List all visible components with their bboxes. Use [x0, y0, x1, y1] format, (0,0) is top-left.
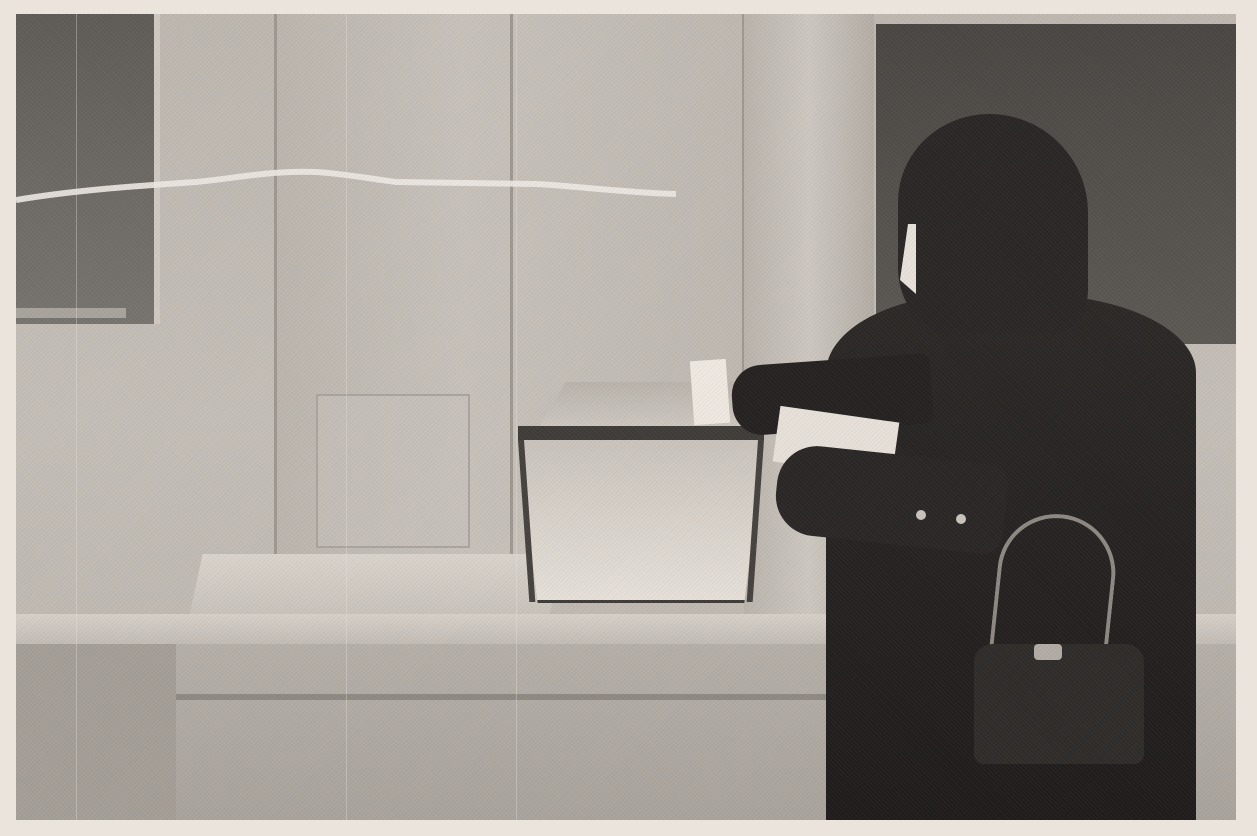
photo-border: [0, 0, 1257, 836]
handbag: [974, 644, 1144, 764]
crease-scratch: [16, 164, 696, 204]
scratch-line: [76, 14, 77, 820]
coat-button: [916, 510, 926, 520]
door-center-seam: [510, 14, 513, 559]
ballot-box-glass: [518, 440, 764, 603]
handbag-clasp: [1034, 644, 1062, 660]
door-frame-left: [274, 14, 277, 559]
ballot-paper: [690, 359, 730, 425]
woman-headscarf: [898, 114, 1088, 334]
door-panel: [316, 394, 470, 548]
photograph: [16, 14, 1236, 820]
left-window-sill: [16, 308, 126, 318]
papers-on-table: [189, 554, 562, 616]
scratch-line: [346, 14, 347, 820]
table-leg: [16, 644, 176, 820]
coat-button: [956, 514, 966, 524]
ballot-box-rim: [518, 426, 764, 440]
scratch-line: [516, 14, 517, 820]
